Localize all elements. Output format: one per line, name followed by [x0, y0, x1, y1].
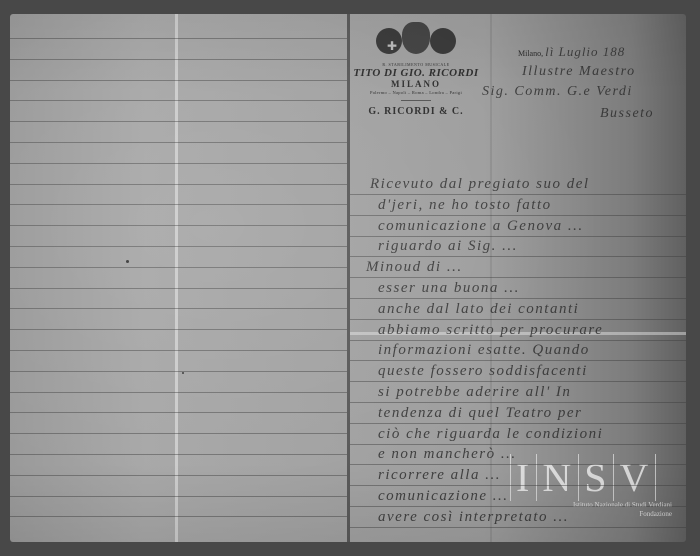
ruled-line — [10, 163, 348, 164]
letterhead: ✚ R. STABILIMENTO MUSICALE TITO DI GIO. … — [350, 22, 482, 117]
letter-body-line: comunicazione a Genova ... — [378, 218, 584, 235]
date-handwritten: lì Luglio 188 — [545, 44, 625, 59]
date-line: Milano, lì Luglio 188 — [518, 44, 625, 60]
ruled-line — [10, 225, 348, 226]
letter-body-line: queste fossero soddisfacenti — [378, 363, 588, 380]
crest-icon: ✚ — [374, 22, 458, 56]
letter-body-line: anche dal lato dei contanti — [378, 301, 579, 318]
watermark-subtitle: Fondazione — [510, 510, 682, 519]
ruled-line — [10, 80, 348, 81]
ruled-line — [350, 360, 686, 361]
letterhead-firm: G. RICORDI & C. — [350, 106, 482, 117]
paper-speck — [182, 372, 184, 374]
ruled-line — [350, 464, 686, 465]
ruled-line — [10, 516, 348, 517]
ruled-line — [10, 392, 348, 393]
ruled-line — [10, 496, 348, 497]
ruled-line — [10, 204, 348, 205]
ruled-line — [10, 454, 348, 455]
ruled-line — [350, 423, 686, 424]
letter-body-line: comunicazione ... — [378, 488, 508, 505]
ruled-line — [10, 433, 348, 434]
ruled-line — [10, 100, 348, 101]
address-line: Sig. Comm. G.e Verdi — [482, 84, 633, 100]
letter-body-line: tendenza di quel Teatro per — [378, 405, 582, 422]
letter-body-line: Ricevuto dal pregiato suo del — [370, 176, 590, 193]
ruled-line — [350, 215, 686, 216]
letter-body-line: d'jeri, ne ho tosto fatto — [378, 197, 552, 214]
ruled-line — [350, 527, 686, 528]
ruled-line — [10, 350, 348, 351]
left-page-ruled — [10, 14, 348, 542]
letterhead-city: MILANO — [350, 79, 482, 89]
address-line: Busseto — [600, 106, 654, 122]
watermark-letters: I N S V — [510, 454, 682, 501]
ruled-line — [350, 340, 686, 341]
ruled-line — [10, 246, 348, 247]
ruled-line — [350, 485, 686, 486]
letter-body-line: e non mancherò ... — [378, 446, 517, 463]
vertical-fold-crease — [175, 14, 178, 542]
ruled-line — [10, 184, 348, 185]
letter-body-line: abbiamo scritto per procurare — [378, 322, 603, 339]
ruled-line — [350, 194, 686, 195]
right-page-letter: ✚ R. STABILIMENTO MUSICALE TITO DI GIO. … — [350, 14, 686, 542]
letter-body-line: esser una buona ... — [378, 280, 520, 297]
letter-body-line: si potrebbe aderire all' In — [378, 384, 571, 401]
ruled-line — [350, 402, 686, 403]
ruled-line — [10, 329, 348, 330]
ruled-line — [10, 38, 348, 39]
ruled-line — [350, 444, 686, 445]
ruled-line — [350, 319, 686, 320]
ruled-line — [10, 121, 348, 122]
ruled-line — [350, 381, 686, 382]
letterhead-divider — [401, 100, 431, 101]
ruled-line — [10, 288, 348, 289]
address-line: Illustre Maestro — [522, 64, 636, 80]
ruled-line — [350, 277, 686, 278]
ruled-line — [350, 506, 686, 507]
letter-body-line: ciò che riguarda le condizioni — [378, 426, 603, 443]
ruled-line — [10, 59, 348, 60]
letterhead-name: TITO DI GIO. RICORDI — [350, 67, 482, 79]
letter-body-line: Minoud di ... — [366, 259, 463, 276]
ruled-line — [350, 298, 686, 299]
letter-body-line: informazioni esatte. Quando — [378, 342, 590, 359]
ruled-line — [10, 142, 348, 143]
ruled-line — [10, 371, 348, 372]
letter-body-line: ricorrere alla ... — [378, 467, 501, 484]
date-printed: Milano, — [518, 49, 543, 58]
ruled-line — [350, 256, 686, 257]
scanned-letter: ✚ R. STABILIMENTO MUSICALE TITO DI GIO. … — [10, 14, 686, 542]
letter-body-line: riguardo ai Sig. ... — [378, 238, 518, 255]
ruled-line — [350, 236, 686, 237]
ruled-line — [10, 475, 348, 476]
paper-speck — [126, 260, 129, 263]
ruled-line — [10, 412, 348, 413]
letterhead-branches: Palermo – Napoli – Roma – Londra – Parig… — [350, 89, 482, 96]
ruled-line — [10, 308, 348, 309]
ruled-line — [10, 267, 348, 268]
